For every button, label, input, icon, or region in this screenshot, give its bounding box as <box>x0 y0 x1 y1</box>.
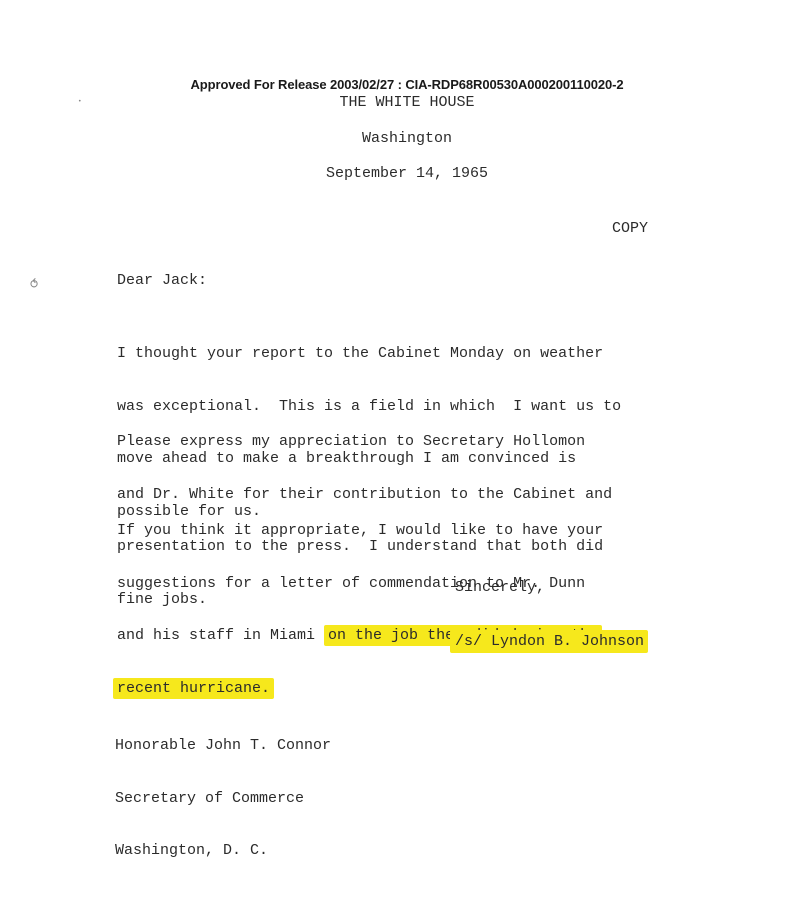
signature: /s/ Lyndon B. Johnson <box>450 633 648 650</box>
paragraph-line: recent hurricane. <box>117 680 603 698</box>
recipient-address: Washington, D. C. <box>115 842 331 860</box>
paragraph-line: If you think it appropriate, I would lik… <box>117 522 603 540</box>
highlighted-text: recent hurricane. <box>113 678 274 699</box>
copy-mark: COPY <box>612 220 648 237</box>
paragraph-3: If you think it appropriate, I would lik… <box>117 487 603 732</box>
paragraph-line: I thought your report to the Cabinet Mon… <box>117 345 621 363</box>
recipient-block: Honorable John T. Connor Secretary of Co… <box>115 702 331 895</box>
letterhead: THE WHITE HOUSE <box>0 94 800 111</box>
letterhead-city: Washington <box>0 130 800 147</box>
closing: Sincerely, <box>455 579 545 596</box>
scan-dot: • <box>78 98 82 105</box>
letter-date: September 14, 1965 <box>0 165 800 182</box>
recipient-name: Honorable John T. Connor <box>115 737 331 755</box>
highlighted-signature: /s/ Lyndon B. Johnson <box>450 630 648 653</box>
paragraph-line: Please express my appreciation to Secret… <box>117 433 612 451</box>
salutation: Dear Jack: <box>117 272 207 289</box>
scan-mark: ⥀ <box>30 277 38 291</box>
paragraph-line-text: and his staff in Miami <box>117 627 324 644</box>
release-stamp: Approved For Release 2003/02/27 : CIA-RD… <box>0 77 800 92</box>
recipient-title: Secretary of Commerce <box>115 790 331 808</box>
